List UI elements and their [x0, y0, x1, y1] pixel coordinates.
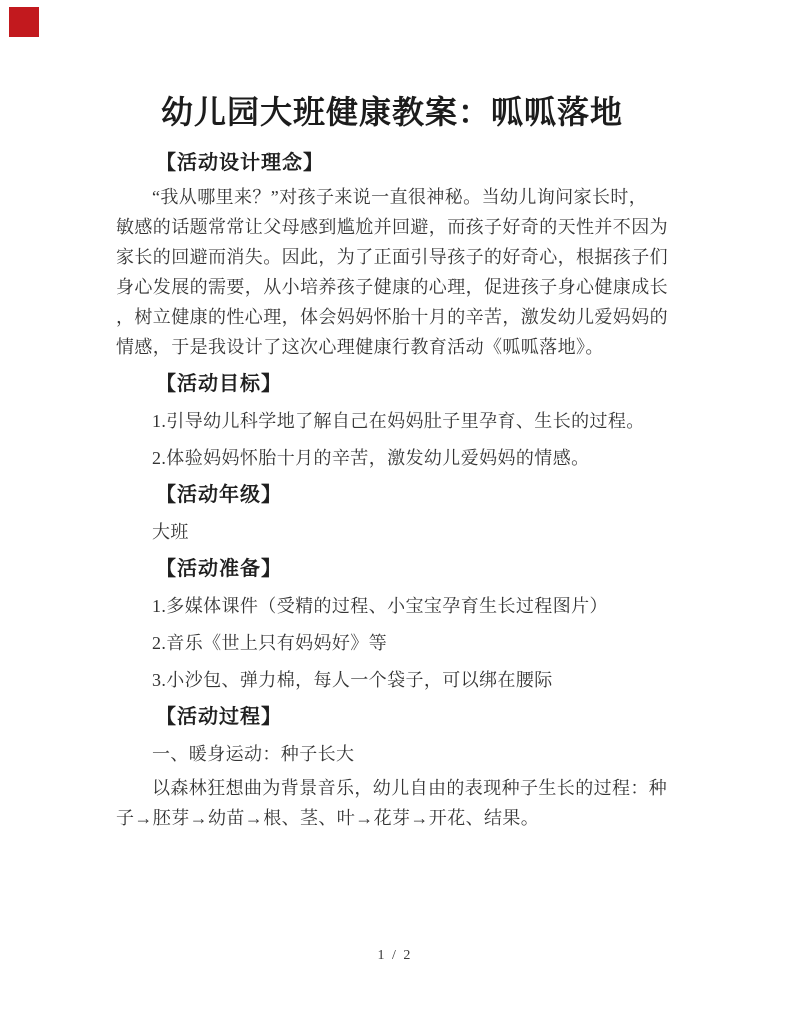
paragraph-line: 子→胚芽→幼苗→根、茎、叶→花芽→开花、结果。	[116, 803, 668, 833]
section-heading-grade: 【活动年级】	[116, 480, 668, 510]
list-item-preparation-1: 1.多媒体课件（受精的过程、小宝宝孕育生长过程图片）	[116, 591, 668, 621]
section-heading-goals: 【活动目标】	[116, 369, 668, 399]
section-heading-process: 【活动过程】	[116, 702, 668, 732]
paragraph-line: 家长的回避而消失。因此，为了正面引导孩子的好奇心，根据孩子们	[116, 242, 668, 272]
document-body: 幼儿园大班健康教案：呱呱落地 【活动设计理念】 “我从哪里来？”对孩子来说一直很…	[0, 0, 790, 833]
paragraph-line: ，树立健康的性心理，体会妈妈怀胎十月的辛苦，激发幼儿爱妈妈的	[116, 302, 668, 332]
page-number: 1 / 2	[0, 948, 790, 964]
paragraph-warmup-description: 以森林狂想曲为背景音乐，幼儿自由的表现种子生长的过程：种 子→胚芽→幼苗→根、茎…	[116, 773, 668, 833]
paragraph-line: 身心发展的需要，从小培养孩子健康的心理，促进孩子身心健康成长	[116, 272, 668, 302]
document-title: 幼儿园大班健康教案：呱呱落地	[116, 90, 668, 134]
document-page: { "page": { "title": "幼儿园大班健康教案：呱呱落地", "…	[0, 0, 790, 1024]
paragraph-line: 情感，于是我设计了这次心理健康行教育活动《呱呱落地》。	[116, 332, 668, 362]
section-heading-preparation: 【活动准备】	[116, 554, 668, 584]
list-item-preparation-2: 2.音乐《世上只有妈妈好》等	[116, 628, 668, 658]
list-item-warmup: 一、暖身运动：种子长大	[116, 739, 668, 769]
list-item-grade: 大班	[116, 517, 668, 547]
paragraph-design-concept: “我从哪里来？”对孩子来说一直很神秘。当幼儿询问家长时， 敏感的话题常常让父母感…	[116, 182, 668, 362]
paragraph-line: “我从哪里来？”对孩子来说一直很神秘。当幼儿询问家长时，	[116, 182, 668, 212]
paragraph-line: 以森林狂想曲为背景音乐，幼儿自由的表现种子生长的过程：种	[116, 773, 668, 803]
list-item-goal-2: 2.体验妈妈怀胎十月的辛苦，激发幼儿爱妈妈的情感。	[116, 443, 668, 473]
red-square-marker	[9, 7, 39, 37]
list-item-preparation-3: 3.小沙包、弹力棉，每人一个袋子，可以绑在腰际	[116, 665, 668, 695]
paragraph-line: 敏感的话题常常让父母感到尴尬并回避，而孩子好奇的天性并不因为	[116, 212, 668, 242]
list-item-goal-1: 1.引导幼儿科学地了解自己在妈妈肚子里孕育、生长的过程。	[116, 406, 668, 436]
section-heading-design-concept: 【活动设计理念】	[116, 148, 668, 178]
